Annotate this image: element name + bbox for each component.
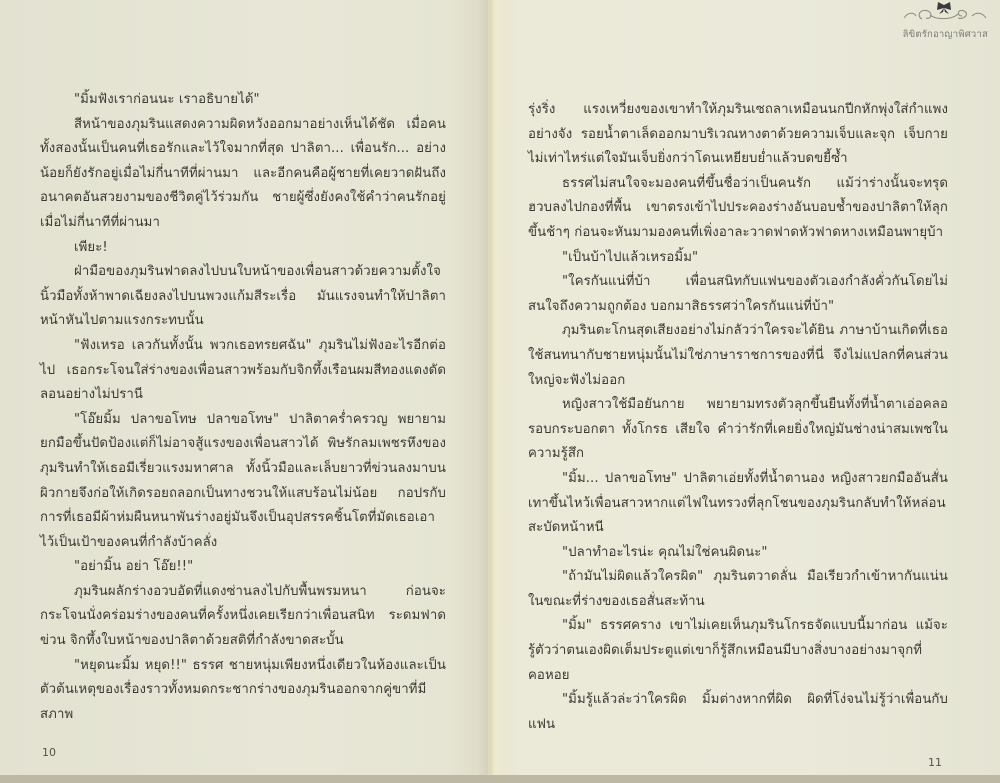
paragraph: "อย่ามิ้น อย่า โอ๊ย!!" [40,555,446,580]
paragraph: "ใครกันแน่ที่บ้า เพื่อนสนิทกับแฟนของตัวเ… [528,270,948,319]
running-head-title: ลิขิตรักอาญาพิศวาส [903,27,988,42]
page-bottom-edge [0,775,1000,783]
butterfly-flourish-icon [900,2,990,24]
open-book-spread: "มิ้มฟังเราก่อนนะ เราอธิบายได้" สีหน้าขอ… [0,0,1000,783]
paragraph: สีหน้าของภุมรินแสดงความผิดหวังออกมาอย่าง… [40,113,446,236]
page-number-right: 11 [928,756,942,769]
paragraph: "มิ้ม" ธรรศคราง เขาไม่เคยเห็นภุมรินโกรธจ… [528,614,948,688]
paragraph: "ฟังเหรอ เลวกันทั้งนั้น พวกเธอทรยศฉัน" ภ… [40,334,446,408]
paragraph: "ถ้ามันไม่ผิดแล้วใครผิด" ภุมรินตวาดลั่น … [528,565,948,614]
paragraph: "มิ้ม... ปลาขอโทษ" ปาลิตาเอ่ยทั้งที่น้ำต… [528,467,948,541]
paragraph: "หยุดนะมิ้ม หยุด!!" ธรรศ ชายหนุ่มเพียงหน… [40,654,446,728]
right-page-body: รุ่งริ่ง แรงเหวี่ยงของเขาทำให้ภุมรินเซถล… [528,98,948,737]
paragraph: ธรรศไม่สนใจจะมองคนที่ขึ้นชื่อว่าเป็นคนรั… [528,172,948,246]
paragraph: "โอ๊ยมิ้ม ปลาขอโทษ ปลาขอโทษ" ปาลิตาคร่ำค… [40,408,446,556]
paragraph: "ปลาทำอะไรน่ะ คุณไม่ใช่คนผิดนะ" [528,541,948,566]
paragraph: เพียะ! [40,236,446,261]
page-number-left: 10 [42,746,56,759]
left-page-body: "มิ้มฟังเราก่อนนะ เราอธิบายได้" สีหน้าขอ… [40,88,446,727]
right-page: ลิขิตรักอาญาพิศวาส รุ่งริ่ง แรงเหวี่ยงขอ… [488,0,1000,775]
paragraph: ภุมรินตะโกนสุดเสียงอย่างไม่กลัวว่าใครจะไ… [528,319,948,393]
paragraph: "เป็นบ้าไปแล้วเหรอมิ้ม" [528,246,948,271]
paragraph: ฝ่ามือของภุมรินฟาดลงไปบนใบหน้าของเพื่อนส… [40,260,446,334]
paragraph: หญิงสาวใช้มือยันกาย พยายามทรงตัวลุกขึ้นย… [528,393,948,467]
paragraph: "มิ้มฟังเราก่อนนะ เราอธิบายได้" [40,88,446,113]
paragraph: รุ่งริ่ง แรงเหวี่ยงของเขาทำให้ภุมรินเซถล… [528,98,948,172]
left-page: "มิ้มฟังเราก่อนนะ เราอธิบายได้" สีหน้าขอ… [0,0,488,775]
paragraph: ภุมรินผลักร่างอวบอัดที่แดงซ่านลงไปกับพื้… [40,580,446,654]
paragraph: "มิ้มรู้แล้วล่ะว่าใครผิด มิ้มต่างหากที่ผ… [528,688,948,737]
